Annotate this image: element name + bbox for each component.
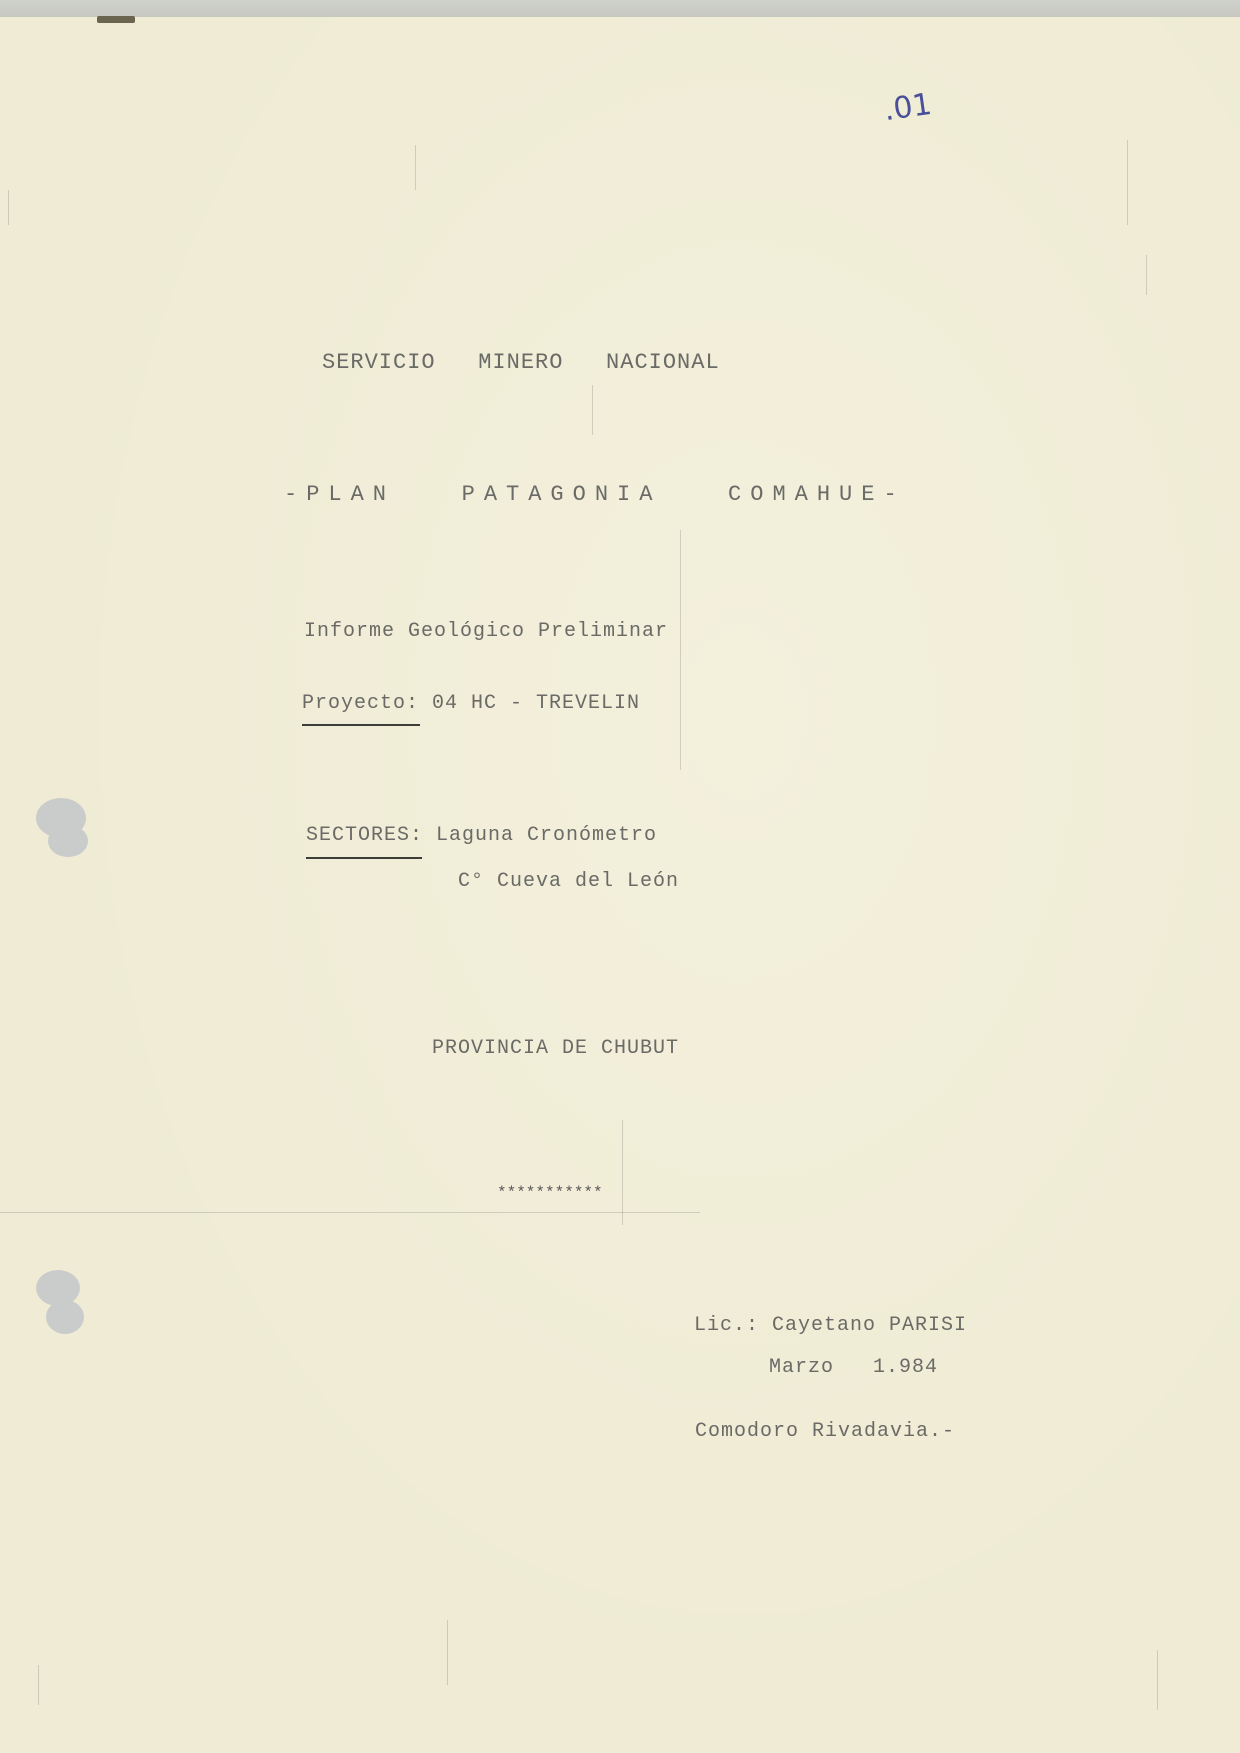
punch-hole (48, 825, 88, 857)
sector-item: C° Cueva del León (458, 870, 679, 893)
crease-mark (680, 530, 681, 770)
scan-top-edge (0, 0, 1240, 17)
sectors-label: SECTORES (306, 824, 410, 847)
report-title: Informe Geológico Preliminar (304, 620, 668, 643)
crease-mark (1146, 255, 1147, 295)
project-value: : 04 HC - TREVELIN (406, 692, 640, 715)
crease-mark (447, 1620, 448, 1685)
project-line: Proyecto: 04 HC - TREVELIN (302, 692, 640, 715)
institution-heading: SERVICIO MINERO NACIONAL (322, 350, 720, 375)
crease-mark (1127, 140, 1128, 225)
crease-mark (592, 385, 593, 435)
fold-line (0, 1212, 700, 1213)
crease-mark (415, 145, 416, 190)
handwritten-page-number: .01 (882, 87, 934, 128)
sectors-line: SECTORES: Laguna Cronómetro (306, 824, 657, 847)
crease-mark (38, 1665, 39, 1705)
place-line: Comodoro Rivadavia.- (695, 1420, 955, 1443)
project-underline (302, 724, 420, 726)
separator-stars: *********** (497, 1184, 603, 1202)
date-line: Marzo 1.984 (769, 1356, 938, 1379)
crease-mark (8, 190, 9, 225)
plan-heading: -PLAN PATAGONIA COMAHUE- (284, 482, 906, 507)
author-line: Lic.: Cayetano PARISI (694, 1314, 967, 1337)
sector-item: : Laguna Cronómetro (410, 824, 657, 847)
project-label: Proyecto (302, 692, 406, 715)
sectors-underline (306, 857, 422, 859)
crease-mark (622, 1120, 623, 1225)
punch-hole (46, 1300, 84, 1334)
province-heading: PROVINCIA DE CHUBUT (432, 1037, 679, 1060)
crease-mark (1157, 1650, 1158, 1710)
